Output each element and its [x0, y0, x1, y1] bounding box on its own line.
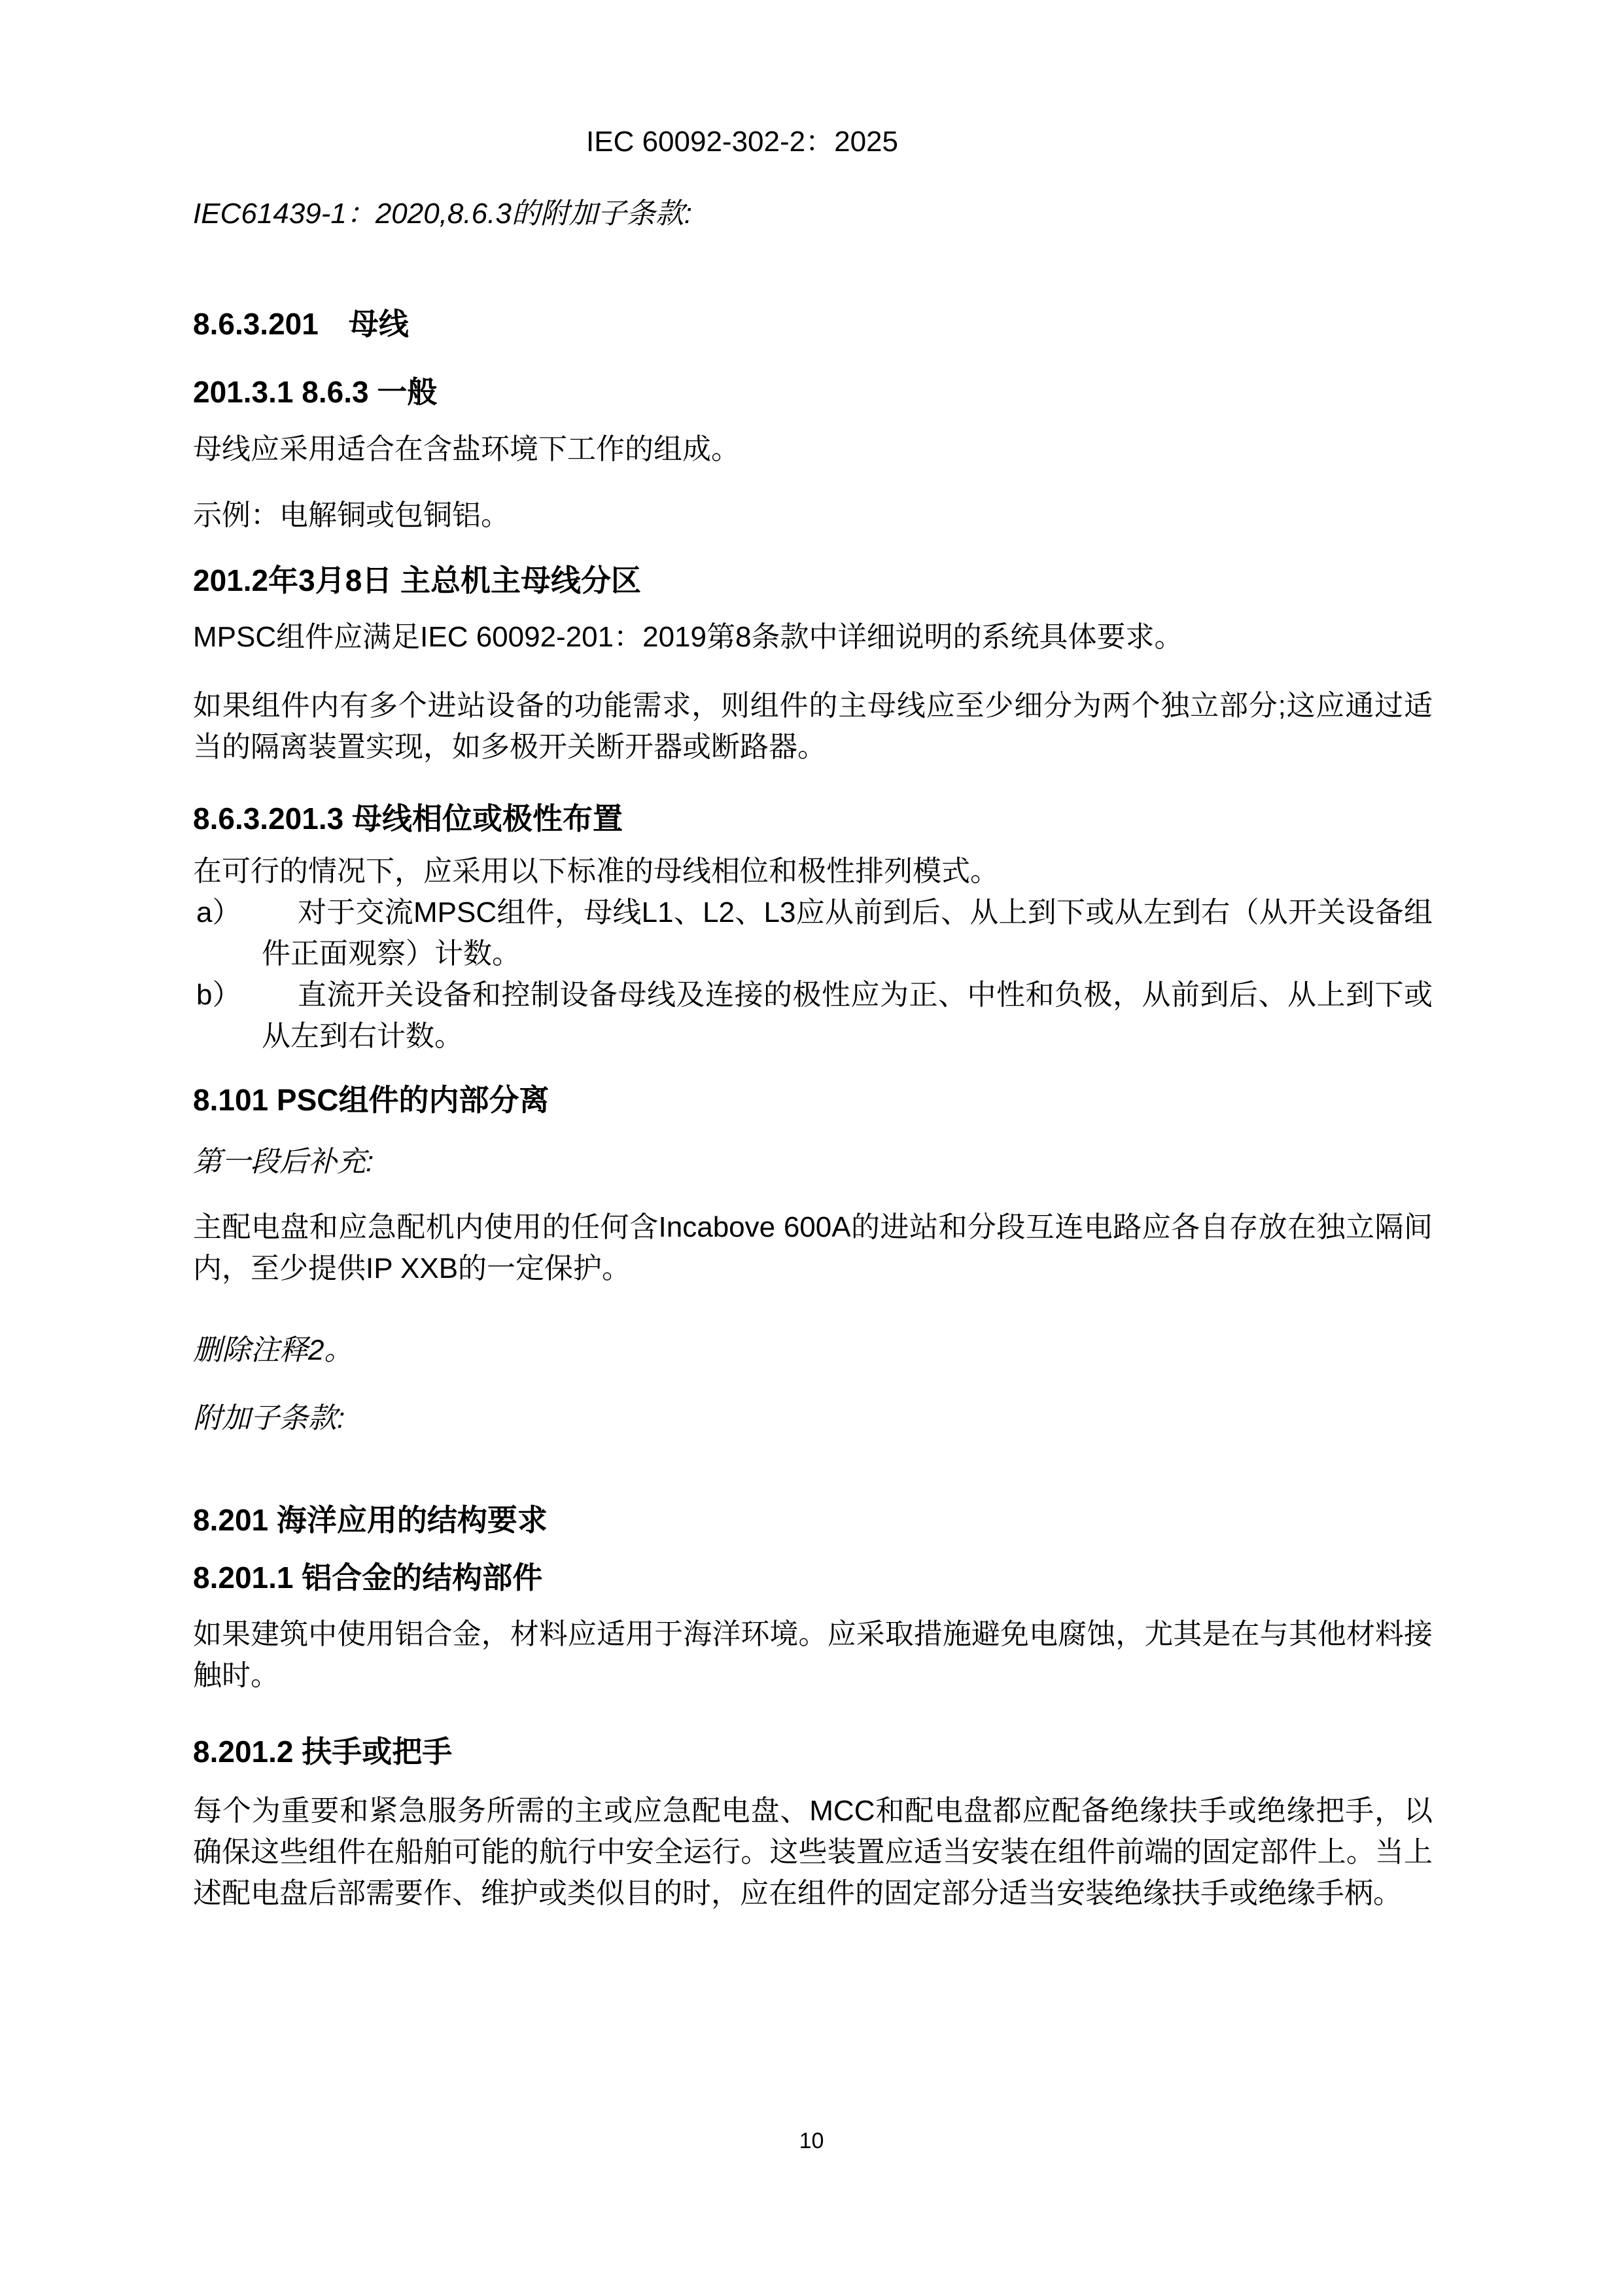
para-subdivision-body: 如果组件内有多个进站设备的功能需求，则组件的主母线应至少细分为两个独立部分;这应… — [193, 685, 1433, 768]
document-page: IEC 60092-302-2：2025 IEC61439-1：2020,8.6… — [0, 0, 1623, 2296]
para-handrail-body: 每个为重要和紧急服务所需的主或应急配电盘、MCC和配电盘都应配备绝缘扶手或绝缘把… — [193, 1790, 1433, 1914]
para-phase-intro: 在可行的情况下，应采用以下标准的母线相位和极性排列模式。 — [193, 851, 1433, 892]
heading-phase-arrangement: 8.6.3.201.3 母线相位或极性布置 — [193, 800, 1433, 838]
heading-handrails: 8.201.2 扶手或把手 — [193, 1733, 1433, 1771]
para-aluminium-body: 如果建筑中使用铝合金，材料应适用于海洋环境。应采取措施避免电腐蚀，尤其是在与其他… — [193, 1614, 1433, 1696]
list-marker-b: b） — [196, 974, 241, 1016]
heading-internal-separation: 8.101 PSC组件的内部分离 — [193, 1081, 1433, 1119]
list-marker-a: a） — [196, 892, 241, 933]
list-item-a: a） 对于交流MPSC组件，母线L1、L2、L3应从前到后、从上到下或从左到右（… — [193, 892, 1433, 974]
para-mpsc-requirements: MPSC组件应满足IEC 60092-201：2019第8条款中详细说明的系统具… — [193, 616, 1433, 658]
heading-aluminium-parts: 8.201.1 铝合金的结构部件 — [193, 1559, 1433, 1597]
note-delete: 删除注释2。 — [193, 1330, 1433, 1371]
heading-busbars: 8.6.3.201 母线 — [193, 305, 1433, 343]
note-additional-subclause: 附加子条款: — [193, 1398, 1433, 1439]
list-item-b: b） 直流开关设备和控制设备母线及连接的极性应为正、中性和负极，从前到后、从上到… — [193, 974, 1433, 1057]
list-item-b-text: 直流开关设备和控制设备母线及连接的极性应为正、中性和负极，从前到后、从上到下或从… — [262, 979, 1433, 1052]
para-separation-body: 主配电盘和应急配机内使用的任何含Incabove 600A的进站和分段互连电路应… — [193, 1207, 1433, 1289]
list-item-a-text: 对于交流MPSC组件，母线L1、L2、L3应从前到后、从上到下或从左到右（从开关… — [262, 896, 1433, 970]
heading-general: 201.3.1 8.6.3 一般 — [193, 373, 1433, 411]
amendment-intro-note: IEC61439-1：2020,8.6.3的附加子条款: — [193, 193, 1433, 234]
page-number: 10 — [0, 2128, 1623, 2154]
para-busbar-material: 母线应采用适合在含盐环境下工作的组成。 — [193, 429, 1433, 470]
heading-marine-construction: 8.201 海洋应用的结构要求 — [193, 1501, 1433, 1539]
note-supplement: 第一段后补充: — [193, 1141, 1433, 1182]
heading-busbar-subdivision: 201.2年3月8日 主总机主母线分区 — [193, 561, 1433, 599]
para-example: 示例：电解铜或包铜铝。 — [193, 495, 1433, 536]
document-header: IEC 60092-302-2：2025 — [193, 124, 1433, 160]
